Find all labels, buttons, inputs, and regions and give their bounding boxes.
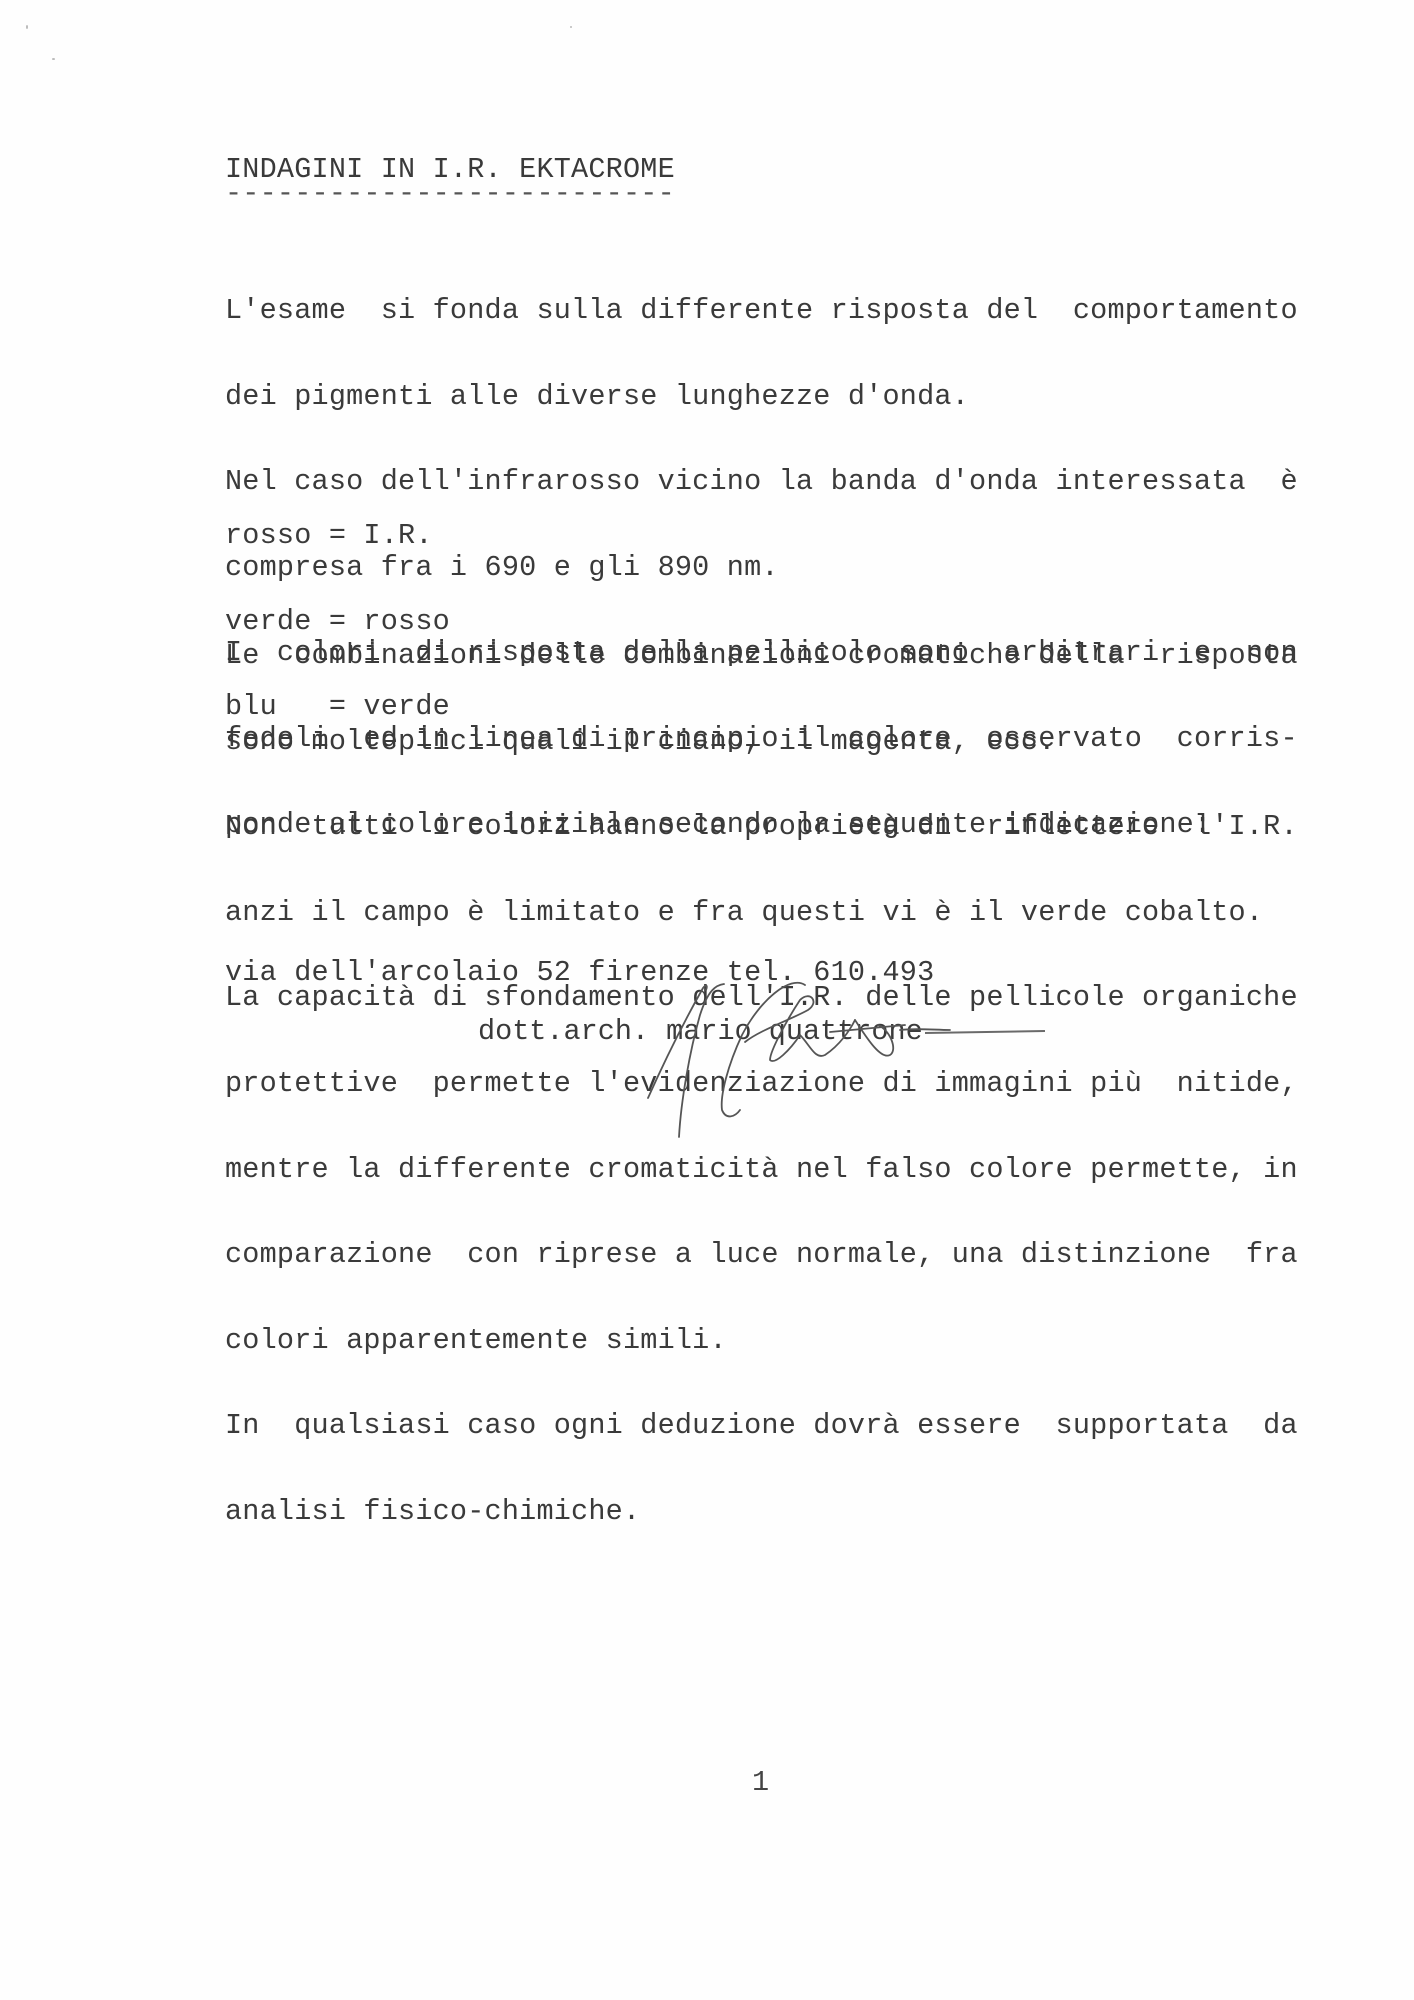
- document-page: INDAGINI IN I.R. EKTACROME -------------…: [0, 0, 1414, 2000]
- page-number: 1: [752, 1766, 769, 1799]
- signature-icon: [0, 0, 1414, 2000]
